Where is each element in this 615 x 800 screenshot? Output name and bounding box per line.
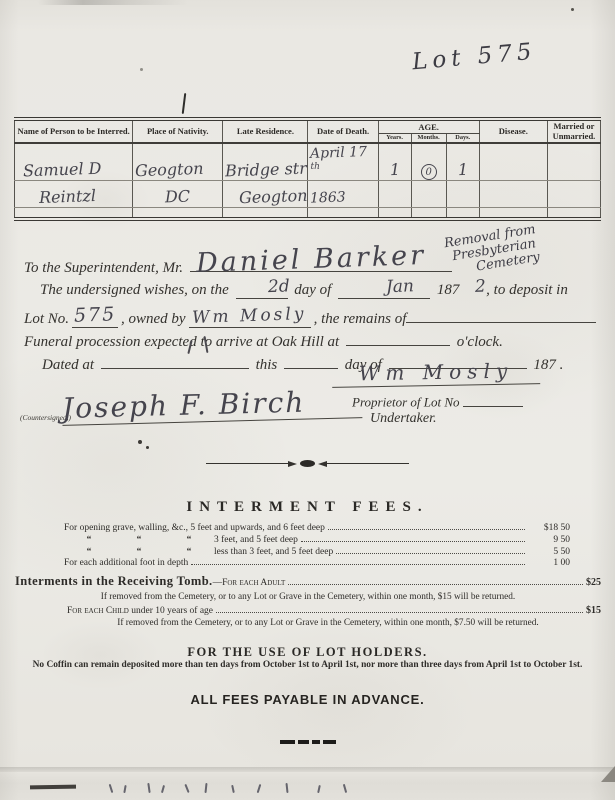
cell-years-2	[378, 181, 411, 208]
month-blank: Jan	[338, 282, 430, 299]
next-page-handwriting-fragment	[285, 783, 288, 793]
cell-married-1	[547, 143, 600, 181]
ink-speck	[140, 68, 143, 71]
cell-name-2: Reintzl	[15, 181, 133, 208]
proprietor-signature-block: Wm Mosly	[332, 360, 540, 386]
cell-disease-1	[479, 143, 547, 181]
proprietor-label-line: Proprietor of Lot No	[352, 392, 548, 411]
remains-blank	[406, 306, 596, 323]
next-page-handwriting-fragment	[317, 785, 320, 793]
receiving-tomb-section: Interments in the Receiving Tomb. —For e…	[15, 574, 601, 628]
superintendent-name-handwriting: Daniel Barker	[195, 240, 426, 279]
fee-row: “““ less than 3 feet, and 5 feet deep 5 …	[64, 547, 570, 559]
dated-place-blank	[101, 352, 249, 369]
child-refund-note: If removed from the Cemetery, or to any …	[15, 618, 601, 628]
col-header-death: Date of Death.	[308, 119, 378, 143]
table-row: Samuel D Geogton Bridge str April 17th 1…	[15, 143, 601, 181]
adult-refund-note: If removed from the Cemetery, or to any …	[15, 592, 601, 602]
next-page-handwriting-fragment	[257, 784, 261, 793]
adult-fee-row: Interments in the Receiving Tomb. —For e…	[15, 574, 601, 589]
cell-days-2	[446, 181, 479, 208]
all-fees-notice: ALL FEES PAYABLE IN ADVANCE.	[0, 692, 615, 707]
stray-pen-mark	[182, 93, 187, 114]
cell-residence-2: Geogton	[223, 181, 308, 208]
next-page-handwriting-fragment	[147, 783, 150, 793]
fee-row: “““ 3 feet, and 5 feet deep 9 50	[64, 535, 570, 547]
lot-number-annotation: Lot 575	[411, 39, 537, 76]
cell-months-2	[411, 181, 446, 208]
undertaker-signature-handwriting: Joseph F. Birch	[62, 384, 363, 426]
next-page-handwriting-fragment	[231, 785, 234, 793]
superintendent-name-blank: Daniel Barker	[190, 255, 452, 272]
ink-speck	[571, 8, 574, 11]
col-header-residence: Late Residence.	[223, 119, 308, 143]
funeral-line: Funeral procession expected to arrive at…	[24, 329, 596, 351]
ink-blot	[138, 440, 142, 444]
cell-residence-1: Bridge str	[223, 143, 308, 181]
col-subheader-months: Months.	[411, 134, 446, 143]
owner-blank: Wm Mosly	[189, 311, 311, 328]
next-page-handwriting-fragment	[184, 784, 189, 793]
lot-holders-title: FOR THE USE OF LOT HOLDERS.	[0, 645, 615, 660]
table-row: Reintzl DC Geogton 1863	[15, 181, 601, 208]
col-header-name: Name of Person to be Interred.	[15, 119, 133, 143]
fees-schedule: For opening grave, walling, &c., 5 feet …	[64, 523, 570, 570]
cell-nativity-1: Geogton	[133, 143, 223, 181]
col-subheader-years: Years.	[378, 134, 411, 143]
col-header-age: AGE.	[378, 119, 479, 134]
interment-fees-title: INTERMENT FEES.	[0, 499, 615, 516]
cell-months-1: 0	[411, 143, 446, 181]
ditto-marks: “““	[64, 535, 214, 545]
col-header-nativity: Place of Nativity.	[133, 119, 223, 143]
cell-name-1: Samuel D	[15, 143, 133, 181]
next-page-handwriting-fragment	[109, 784, 113, 793]
year-handwriting: 2	[459, 287, 486, 288]
cell-name-3	[15, 208, 133, 219]
child-fee-row: For each Child under 10 years of age $15	[15, 605, 601, 616]
proprietor-signature-handwriting: Wm Mosly	[332, 358, 540, 388]
col-header-disease: Disease.	[479, 119, 547, 143]
ink-blot	[146, 446, 149, 449]
printer-imprint	[0, 740, 615, 744]
lot-line: Lot No. 575 , owned by Wm Mosly , the re…	[24, 306, 596, 328]
col-subheader-days: Days.	[446, 134, 479, 143]
next-page-mark	[30, 785, 76, 790]
next-page-handwriting-fragment	[123, 785, 126, 793]
lot-holders-note: No Coffin can remain deposited more than…	[0, 660, 615, 670]
dated-day-blank	[284, 352, 338, 369]
next-page-sliver	[0, 772, 615, 800]
cell-years-1: 1	[378, 143, 411, 181]
fee-row: For each additional foot in depth 1 00	[64, 558, 570, 570]
cell-days-1: 1	[446, 143, 479, 181]
proprietor-lot-blank	[463, 392, 523, 407]
cell-death-2: 1863	[308, 181, 378, 208]
cell-death-1: April 17th	[308, 143, 378, 181]
table-row	[15, 208, 601, 219]
undersigned-line: The undersigned wishes, on the 2d day of…	[24, 282, 596, 299]
section-divider	[0, 460, 615, 467]
time-blank	[346, 329, 450, 346]
cell-nativity-2: DC	[133, 181, 223, 208]
undertaker-label: Undertaker.	[370, 411, 437, 427]
interment-record-table: Name of Person to be Interred. Place of …	[14, 117, 601, 221]
lot-number-blank: 575	[72, 311, 118, 328]
superintendent-line: To the Superintendent, Mr. Daniel Barker	[24, 255, 596, 277]
cell-disease-2	[479, 181, 547, 208]
next-page-handwriting-fragment	[204, 783, 207, 793]
interment-order-document: Lot 575 Name of Person to be Interred. P…	[0, 0, 615, 800]
scan-top-smudge	[38, 0, 188, 5]
cell-married-2	[547, 181, 600, 208]
next-page-handwriting-fragment	[343, 784, 347, 793]
scan-corner-artifact	[601, 766, 615, 782]
col-header-married: Married or Unmarried.	[547, 119, 600, 143]
day-blank: 2d	[236, 282, 288, 299]
fee-row: For opening grave, walling, &c., 5 feet …	[64, 523, 570, 535]
ditto-marks: “““	[64, 547, 214, 557]
next-page-handwriting-fragment	[161, 785, 165, 793]
